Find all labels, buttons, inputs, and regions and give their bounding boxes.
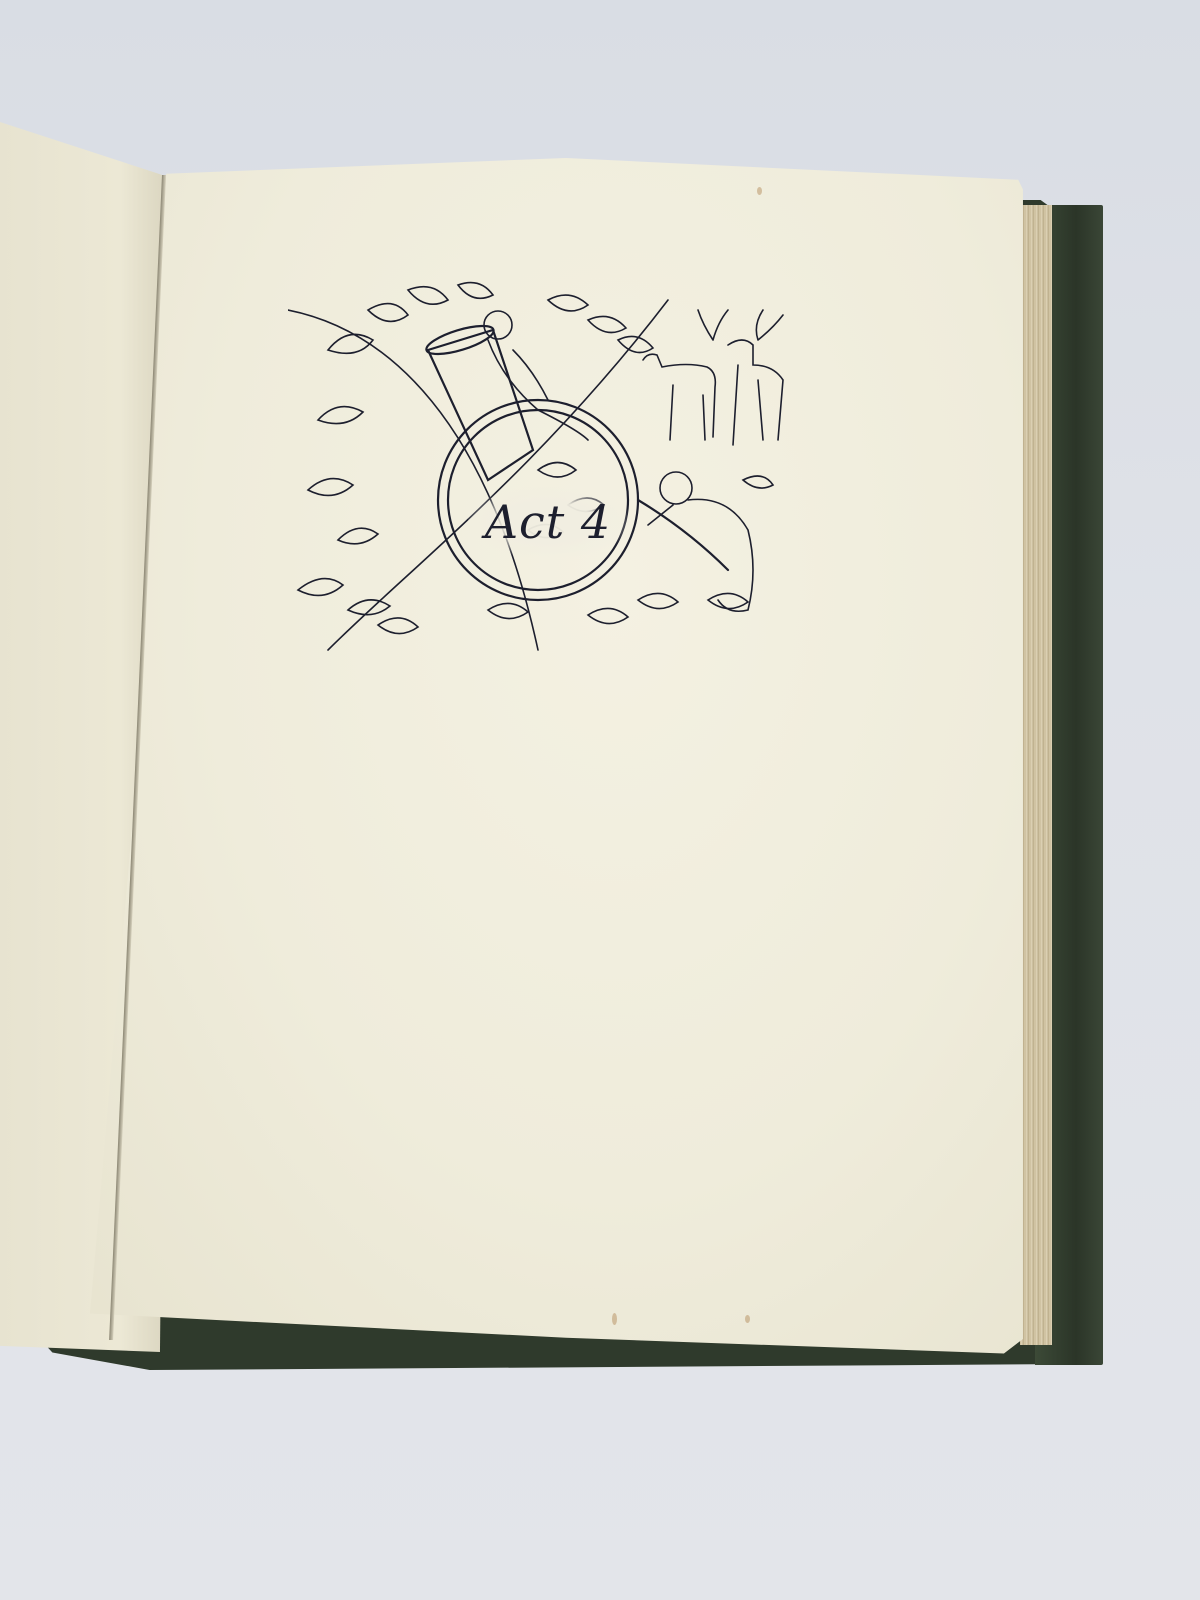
hunting-horn-icon <box>424 320 728 600</box>
page-edges <box>1020 205 1052 1345</box>
foxing-spot <box>612 1313 617 1325</box>
stag-icon <box>698 310 783 445</box>
foxing-spot <box>745 1315 750 1323</box>
foxing-spot <box>757 187 762 195</box>
act-title: Act 4 <box>468 487 628 557</box>
ivy-leaves-icon <box>288 283 748 650</box>
cherub-blowing-horn-icon <box>648 472 773 611</box>
cherub-sitting-icon <box>484 311 588 440</box>
fawn-icon <box>643 354 715 440</box>
act-illustration <box>288 270 800 670</box>
